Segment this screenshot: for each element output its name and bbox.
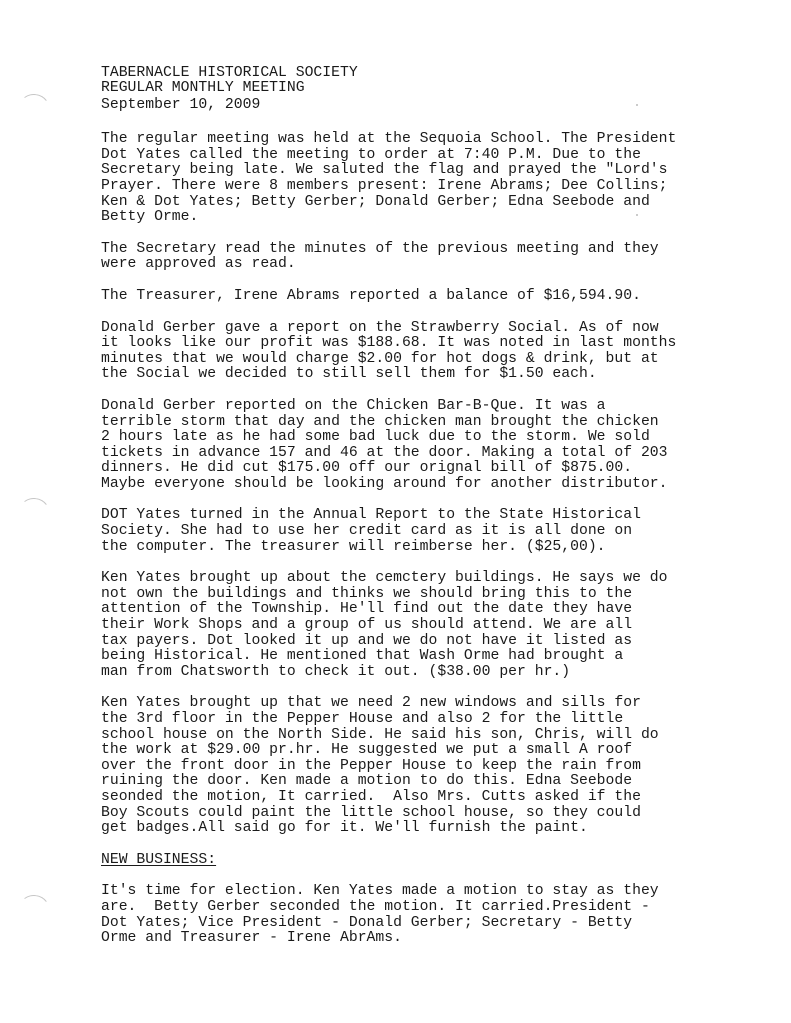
text-line: The regular meeting was held at the Sequ…	[101, 132, 781, 148]
text-line: Prayer. There were 8 members present: Ir…	[101, 179, 781, 195]
text-line: Boy Scouts could paint the little school…	[101, 806, 781, 822]
text-line: Secretary being late. We saluted the fla…	[101, 163, 781, 179]
meeting-date: September 10, 2009	[101, 97, 781, 113]
text-line: 2 hours late as he had some bad luck due…	[101, 430, 781, 446]
text-line: the work at $29.00 pr.hr. He suggested w…	[101, 743, 781, 759]
meeting-minutes-document: TABERNACLE HISTORICAL SOCIETY REGULAR MO…	[101, 66, 781, 947]
punch-hole-mark-top	[16, 92, 52, 127]
text-line: Society. She had to use her credit card …	[101, 524, 781, 540]
paragraph: Ken Yates brought up that we need 2 new …	[101, 696, 781, 836]
new-business-heading: NEW BUSINESS:	[101, 853, 781, 869]
text-line: Ken Yates brought up that we need 2 new …	[101, 696, 781, 712]
text-line: Ken & Dot Yates; Betty Gerber; Donald Ge…	[101, 195, 781, 211]
text-line: the 3rd floor in the Pepper House and al…	[101, 712, 781, 728]
paragraph: The regular meeting was held at the Sequ…	[101, 132, 781, 226]
text-line: Donald Gerber reported on the Chicken Ba…	[101, 399, 781, 415]
text-line: Maybe everyone should be looking around …	[101, 477, 781, 493]
text-line: It's time for election. Ken Yates made a…	[101, 884, 781, 900]
text-line: ruining the door. Ken made a motion to d…	[101, 774, 781, 790]
text-line: Dot Yates called the meeting to order at…	[101, 148, 781, 164]
paragraph: The Secretary read the minutes of the pr…	[101, 242, 781, 273]
text-line: dinners. He did cut $175.00 off our orig…	[101, 461, 781, 477]
text-line: tax payers. Dot looked it up and we do n…	[101, 634, 781, 650]
text-line: their Work Shops and a group of us shoul…	[101, 618, 781, 634]
meeting-type: REGULAR MONTHLY MEETING	[101, 81, 781, 96]
text-line: school house on the North Side. He said …	[101, 728, 781, 744]
text-line: tickets in advance 157 and 46 at the doo…	[101, 446, 781, 462]
new-business-section: NEW BUSINESS: It's time for election. Ke…	[101, 853, 781, 947]
text-line: terrible storm that day and the chicken …	[101, 415, 781, 431]
paragraph: Donald Gerber reported on the Chicken Ba…	[101, 399, 781, 493]
text-line: attention of the Township. He'll find ou…	[101, 602, 781, 618]
text-line: Dot Yates; Vice President - Donald Gerbe…	[101, 916, 781, 932]
paragraph: Ken Yates brought up about the cemctery …	[101, 571, 781, 680]
text-line: Orme and Treasurer - Irene AbrAms.	[101, 931, 781, 947]
text-line: Ken Yates brought up about the cemctery …	[101, 571, 781, 587]
text-line: are. Betty Gerber seconded the motion. I…	[101, 900, 781, 916]
text-line: over the front door in the Pepper House …	[101, 759, 781, 775]
text-line: minutes that we would charge $2.00 for h…	[101, 352, 781, 368]
paragraph: The Treasurer, Irene Abrams reported a b…	[101, 289, 781, 305]
text-line: get badges.All said go for it. We'll fur…	[101, 821, 781, 837]
text-line: The Secretary read the minutes of the pr…	[101, 242, 781, 258]
new-business-paragraph: It's time for election. Ken Yates made a…	[101, 884, 781, 946]
paragraph: Donald Gerber gave a report on the Straw…	[101, 321, 781, 383]
text-line: DOT Yates turned in the Annual Report to…	[101, 508, 781, 524]
organization-name: TABERNACLE HISTORICAL SOCIETY	[101, 66, 781, 81]
text-line: Donald Gerber gave a report on the Straw…	[101, 321, 781, 337]
punch-hole-mark-bottom	[16, 893, 52, 928]
document-header: TABERNACLE HISTORICAL SOCIETY REGULAR MO…	[101, 66, 781, 113]
punch-hole-mark-middle	[16, 496, 52, 531]
text-line: Betty Orme.	[101, 210, 781, 226]
text-line: were approved as read.	[101, 257, 781, 273]
text-line: the computer. The treasurer will reimber…	[101, 540, 781, 556]
text-line: man from Chatsworth to check it out. ($3…	[101, 665, 781, 681]
paragraph: DOT Yates turned in the Annual Report to…	[101, 508, 781, 555]
text-line: being Historical. He mentioned that Wash…	[101, 649, 781, 665]
text-line: it looks like our profit was $188.68. It…	[101, 336, 781, 352]
text-line: seonded the motion, It carried. Also Mrs…	[101, 790, 781, 806]
text-line: the Social we decided to still sell them…	[101, 367, 781, 383]
minutes-body: The regular meeting was held at the Sequ…	[101, 132, 781, 837]
text-line: not own the buildings and thinks we shou…	[101, 587, 781, 603]
text-line: The Treasurer, Irene Abrams reported a b…	[101, 289, 781, 305]
